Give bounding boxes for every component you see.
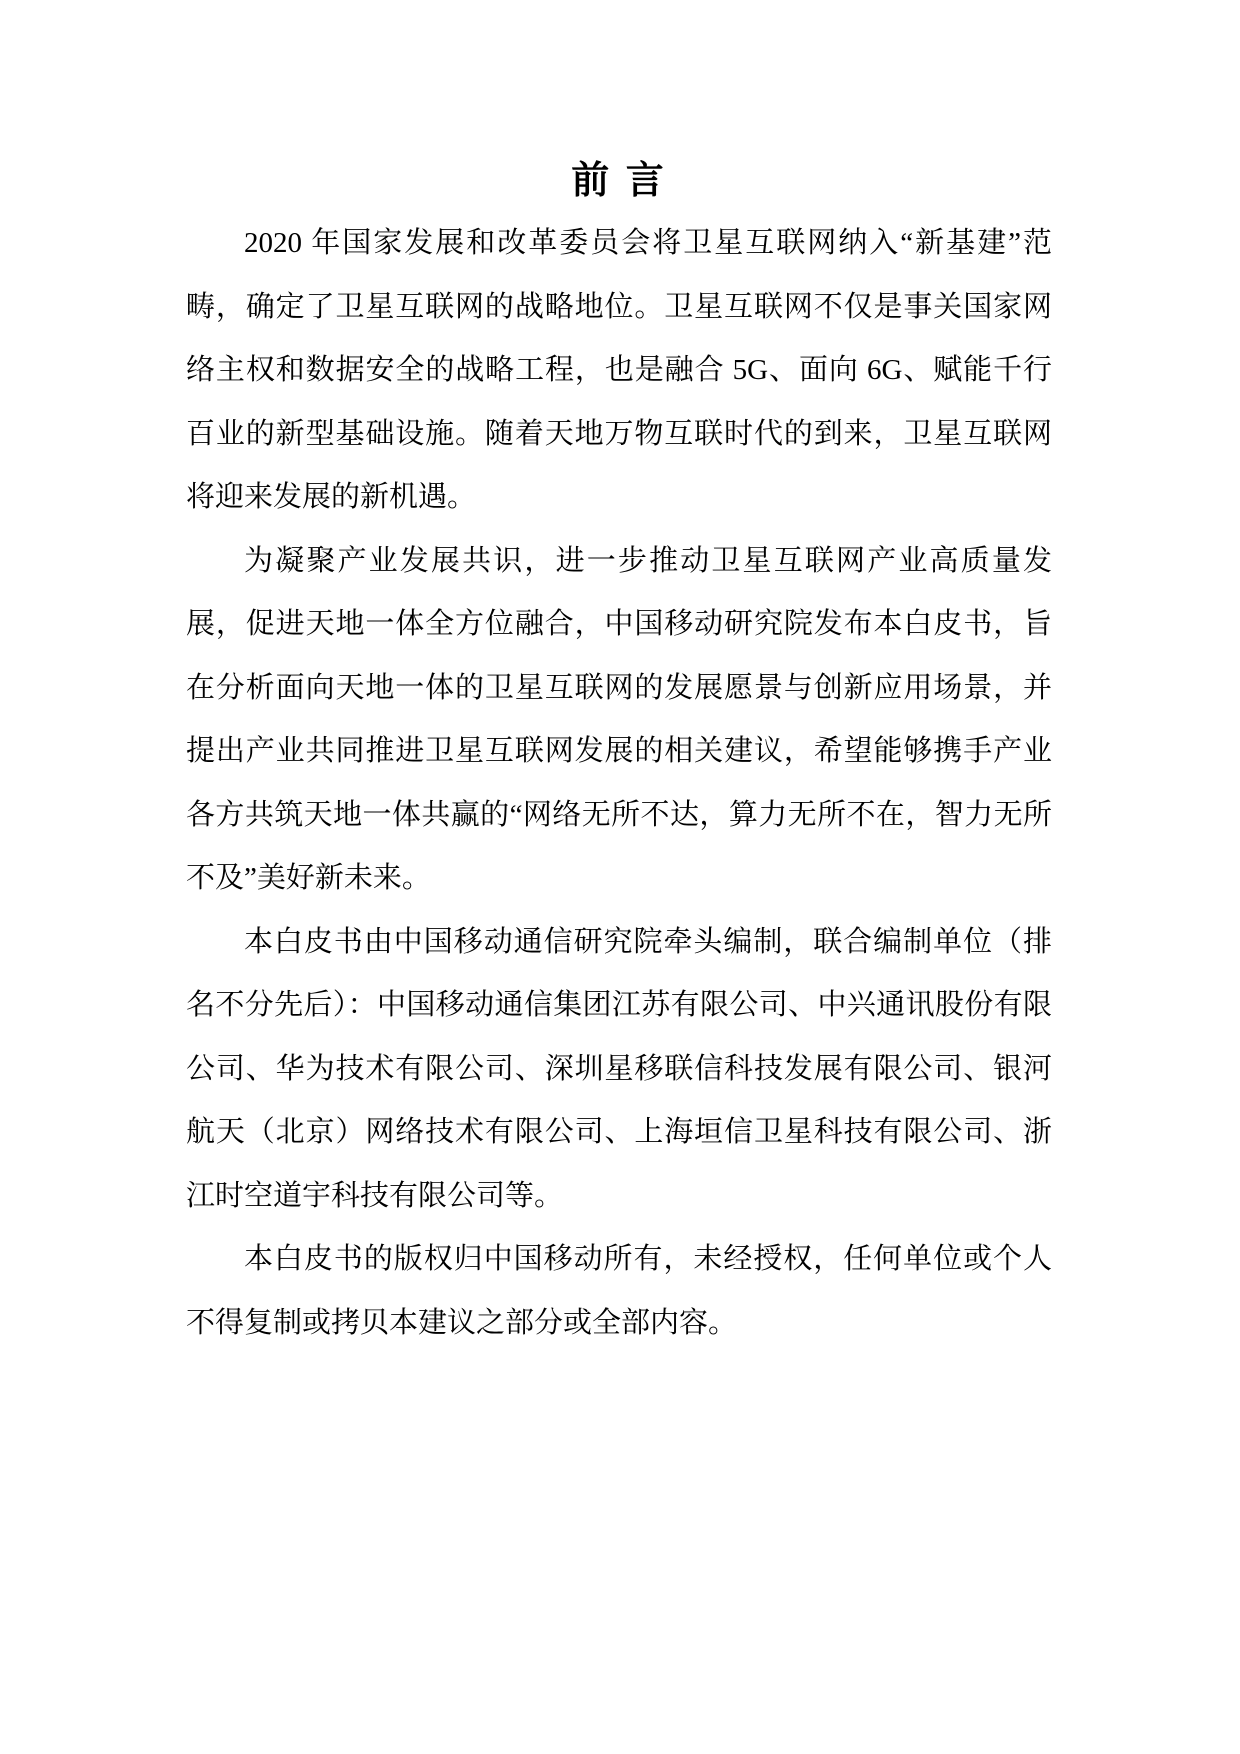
paragraph: 本白皮书由中国移动通信研究院牵头编制，联合编制单位（排名不分先后）：中国移动通信…	[186, 911, 1052, 1229]
paragraph: 为凝聚产业发展共识，进一步推动卫星互联网产业高质量发展，促进天地一体全方位融合，…	[186, 530, 1052, 911]
paragraph: 2020 年国家发展和改革委员会将卫星互联网纳入“新基建”范畴，确定了卫星互联网…	[186, 212, 1052, 530]
paragraph: 本白皮书的版权归中国移动所有，未经授权，任何单位或个人不得复制或拷贝本建议之部分…	[186, 1228, 1052, 1355]
page-title: 前 言	[186, 0, 1052, 202]
preface-body: 2020 年国家发展和改革委员会将卫星互联网纳入“新基建”范畴，确定了卫星互联网…	[186, 212, 1052, 1355]
document-page: 前 言 2020 年国家发展和改革委员会将卫星互联网纳入“新基建”范畴，确定了卫…	[0, 0, 1240, 1754]
page-content: 前 言 2020 年国家发展和改革委员会将卫星互联网纳入“新基建”范畴，确定了卫…	[186, 0, 1052, 1355]
